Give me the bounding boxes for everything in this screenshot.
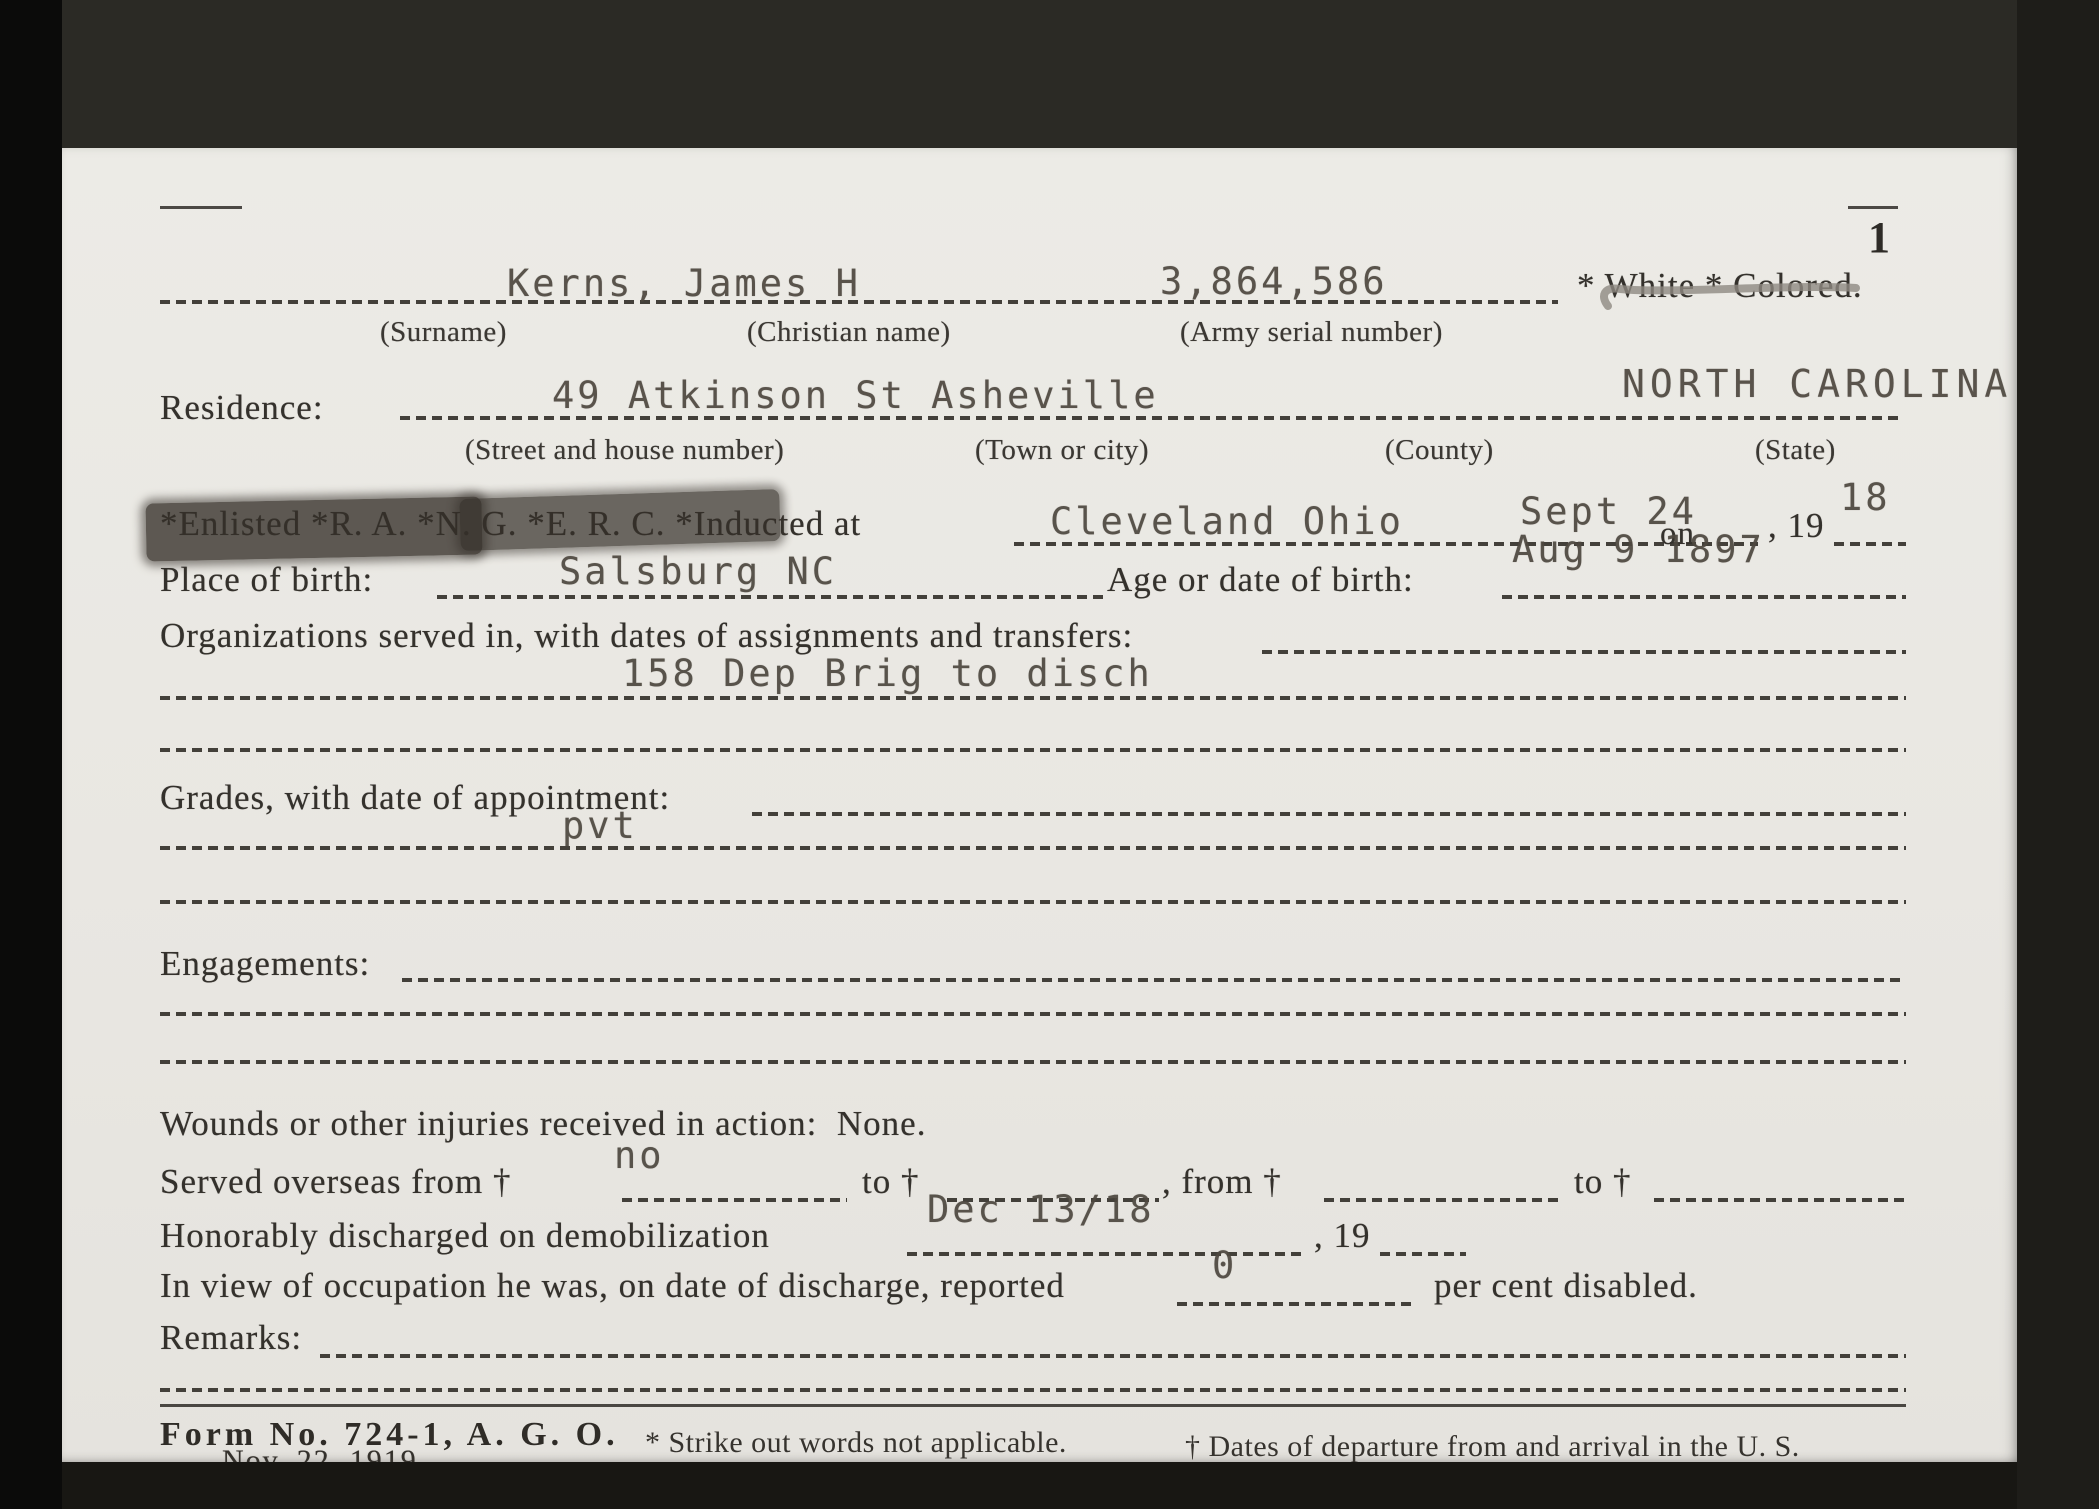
christian-name-label: (Christian name) [747, 316, 951, 349]
strikeout-smudge-mark [145, 496, 482, 561]
scanned-record-photo: 1 Kerns, James H 3,864,586 * White * Col… [0, 0, 2099, 1509]
blank-dotted-line [160, 1012, 1906, 1016]
typed-serial-value: 3,864,586 [1160, 260, 1387, 303]
birthdate-dotted-line [1502, 595, 1906, 599]
discharge-year-dotted-line [1380, 1252, 1466, 1256]
overseas-dotted-line [1324, 1198, 1564, 1202]
state-label: (State) [1755, 434, 1836, 467]
organizations-label: Organizations served in, with dates of a… [160, 616, 1133, 656]
scanner-black-edge-left [0, 0, 62, 1509]
typed-birth-place: Salsburg NC [559, 550, 837, 593]
overseas-prefix: Served overseas from † [160, 1162, 511, 1202]
town-label: (Town or city) [975, 434, 1149, 467]
discharge-dotted-line [907, 1252, 1307, 1256]
wounds-label-text: Wounds or other injuries received in act… [160, 1104, 817, 1143]
overseas-from-second: , from † [1162, 1162, 1282, 1202]
typed-induction-year: 18 [1840, 476, 1891, 519]
typed-address-value: 49 Atkinson St Asheville [552, 374, 1159, 417]
engagements-label: Engagements: [160, 944, 370, 984]
overseas-dotted-line [1654, 1198, 1906, 1202]
top-left-tick-line [160, 206, 242, 209]
surname-label: (Surname) [380, 316, 507, 349]
blank-dotted-line [160, 900, 1906, 904]
blank-dotted-line [160, 1060, 1906, 1064]
remarks-dotted-line [320, 1354, 1906, 1358]
typed-name-value: Kerns, James H [507, 262, 861, 305]
printed-year-prefix: , 19 [1768, 506, 1825, 546]
blank-dotted-line [160, 1388, 1906, 1392]
strike-out-footnote: * Strike out words not applicable. [645, 1426, 1067, 1460]
typed-disability-value: 0 [1212, 1244, 1237, 1287]
race-strike-mark [1598, 276, 1866, 310]
page-number: 1 [1868, 212, 1890, 263]
footer-rule-line [160, 1404, 1906, 1407]
organizations-value-dotted-line [160, 696, 1906, 700]
overseas-to-first: to † [862, 1162, 919, 1202]
disability-dotted-line [1177, 1302, 1417, 1306]
service-record-card: 1 Kerns, James H 3,864,586 * White * Col… [62, 148, 2017, 1462]
top-right-tick-line [1848, 206, 1898, 209]
wounds-printed-value: None. [837, 1104, 927, 1143]
strikeout-smudge-mark [459, 489, 780, 551]
disability-label: In view of occupation he was, on date of… [160, 1266, 1065, 1306]
remarks-label: Remarks: [160, 1318, 302, 1358]
disability-suffix: per cent disabled. [1434, 1266, 1698, 1306]
typed-discharge-date: Dec 13/18 [927, 1188, 1154, 1231]
wounds-label: Wounds or other injuries received in act… [160, 1104, 926, 1144]
typed-overseas-value: no [614, 1134, 665, 1177]
organizations-dotted-line [1262, 650, 1906, 654]
typed-organizations-value: 158 Dep Brig to disch [622, 652, 1153, 695]
overseas-to-second: to † [1574, 1162, 1631, 1202]
overseas-dotted-line [622, 1198, 847, 1202]
discharge-year-prefix: , 19 [1314, 1216, 1371, 1256]
typed-state-value: NORTH CAROLINA [1622, 362, 2012, 406]
county-label: (County) [1385, 434, 1494, 467]
place-of-birth-label: Place of birth: [160, 560, 373, 600]
discharge-label: Honorably discharged on demobilization [160, 1216, 770, 1256]
blank-dotted-line [160, 748, 1906, 752]
dagger-footnote: † Dates of departure from and arrival in… [1185, 1430, 1800, 1462]
street-label: (Street and house number) [465, 434, 784, 467]
grades-dotted-line [752, 812, 1906, 816]
typed-grade-value: pvt [562, 804, 638, 847]
engagements-dotted-line [402, 978, 1906, 982]
typed-birthdate: Aug 9 1897 [1512, 528, 1765, 571]
age-or-birthdate-label: Age or date of birth: [1107, 560, 1414, 600]
blank-dotted-line [160, 846, 1906, 850]
scanner-black-edge-right [2017, 0, 2099, 1509]
scanner-black-edge-bottom [62, 1462, 2017, 1509]
birth-place-dotted-line [437, 595, 1107, 599]
typed-induction-place: Cleveland Ohio [1050, 500, 1404, 543]
year-dotted-line [1834, 542, 1906, 546]
army-serial-label: (Army serial number) [1180, 316, 1443, 349]
residence-label: Residence: [160, 388, 324, 428]
form-date: Nov. 22, 1919. [222, 1444, 427, 1462]
